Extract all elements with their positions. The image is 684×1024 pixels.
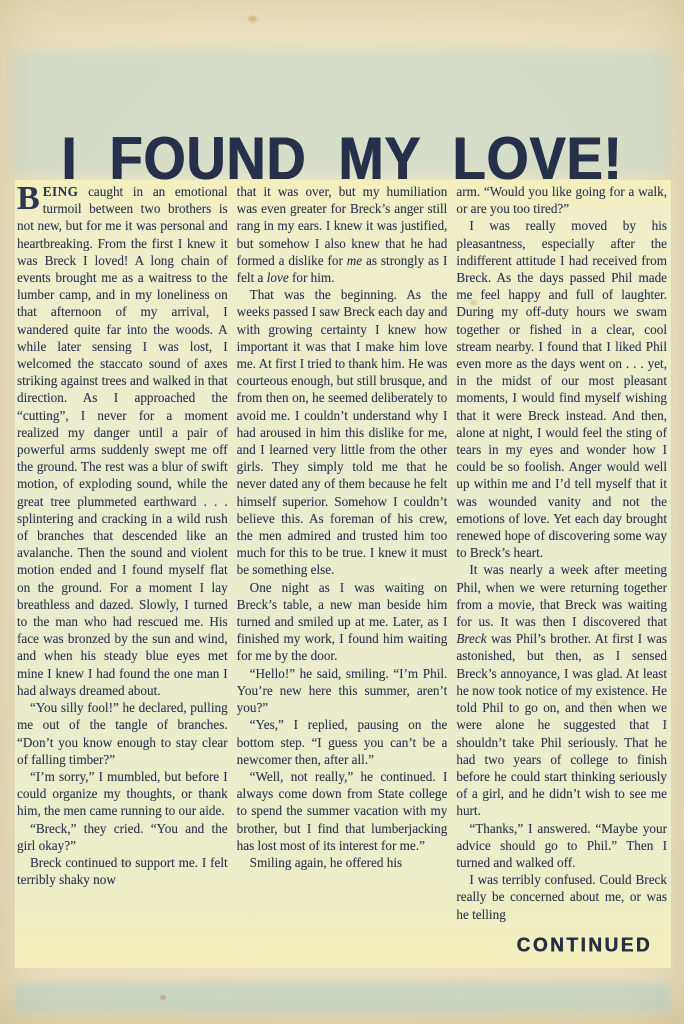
story-paragraph: Breck continued to support me. I felt te… [17, 854, 228, 888]
story-paragraph: “Hello!” he said, smiling. “I’m Phil. Yo… [237, 665, 448, 717]
story-paragraph: BEING caught in an emotional turmoil bet… [17, 183, 228, 699]
story-paragraph: “You silly fool!” he declared, pulling m… [17, 699, 228, 768]
text-column-2: that it was over, but my humiliation was… [237, 183, 448, 971]
continued-label: CONTINUED [517, 934, 652, 958]
print-bleed-bottom [14, 982, 670, 1012]
story-paragraph: One night as I was waiting on Breck’s ta… [237, 579, 448, 665]
story-paragraph: “Well, not really,” he continued. I alwa… [237, 768, 448, 854]
story-paragraph: It was nearly a week after meeting Phil,… [456, 561, 667, 819]
story-paragraph: “Thanks,” I answered. “Maybe your advice… [456, 820, 667, 872]
story-paragraph: arm. “Would you like going for a walk, o… [456, 183, 667, 217]
story-paragraph: that it was over, but my humiliation was… [237, 183, 448, 286]
text-column-1: BEING caught in an emotional turmoil bet… [17, 183, 228, 971]
comic-text-page: { "page": { "title": "I FOUND MY LOVE!",… [0, 0, 684, 1024]
story-paragraph: Smiling again, he offered his [237, 854, 448, 871]
story-paragraph: “Yes,” I replied, pausing on the bottom … [237, 716, 448, 768]
story-paragraph: I was terribly confused. Could Breck rea… [456, 871, 667, 923]
story-columns: BEING caught in an emotional turmoil bet… [17, 183, 667, 971]
story-paragraph: That was the beginning. As the weeks pas… [237, 286, 448, 578]
story-paragraph: “I’m sorry,” I mumbled, but before I cou… [17, 768, 228, 820]
story-paragraph: “Breck,” they cried. “You and the girl o… [17, 820, 228, 854]
text-column-3: arm. “Would you like going for a walk, o… [456, 183, 667, 971]
drop-cap: B [17, 183, 43, 213]
story-paragraph: I was really moved by his pleasantness, … [456, 217, 667, 561]
